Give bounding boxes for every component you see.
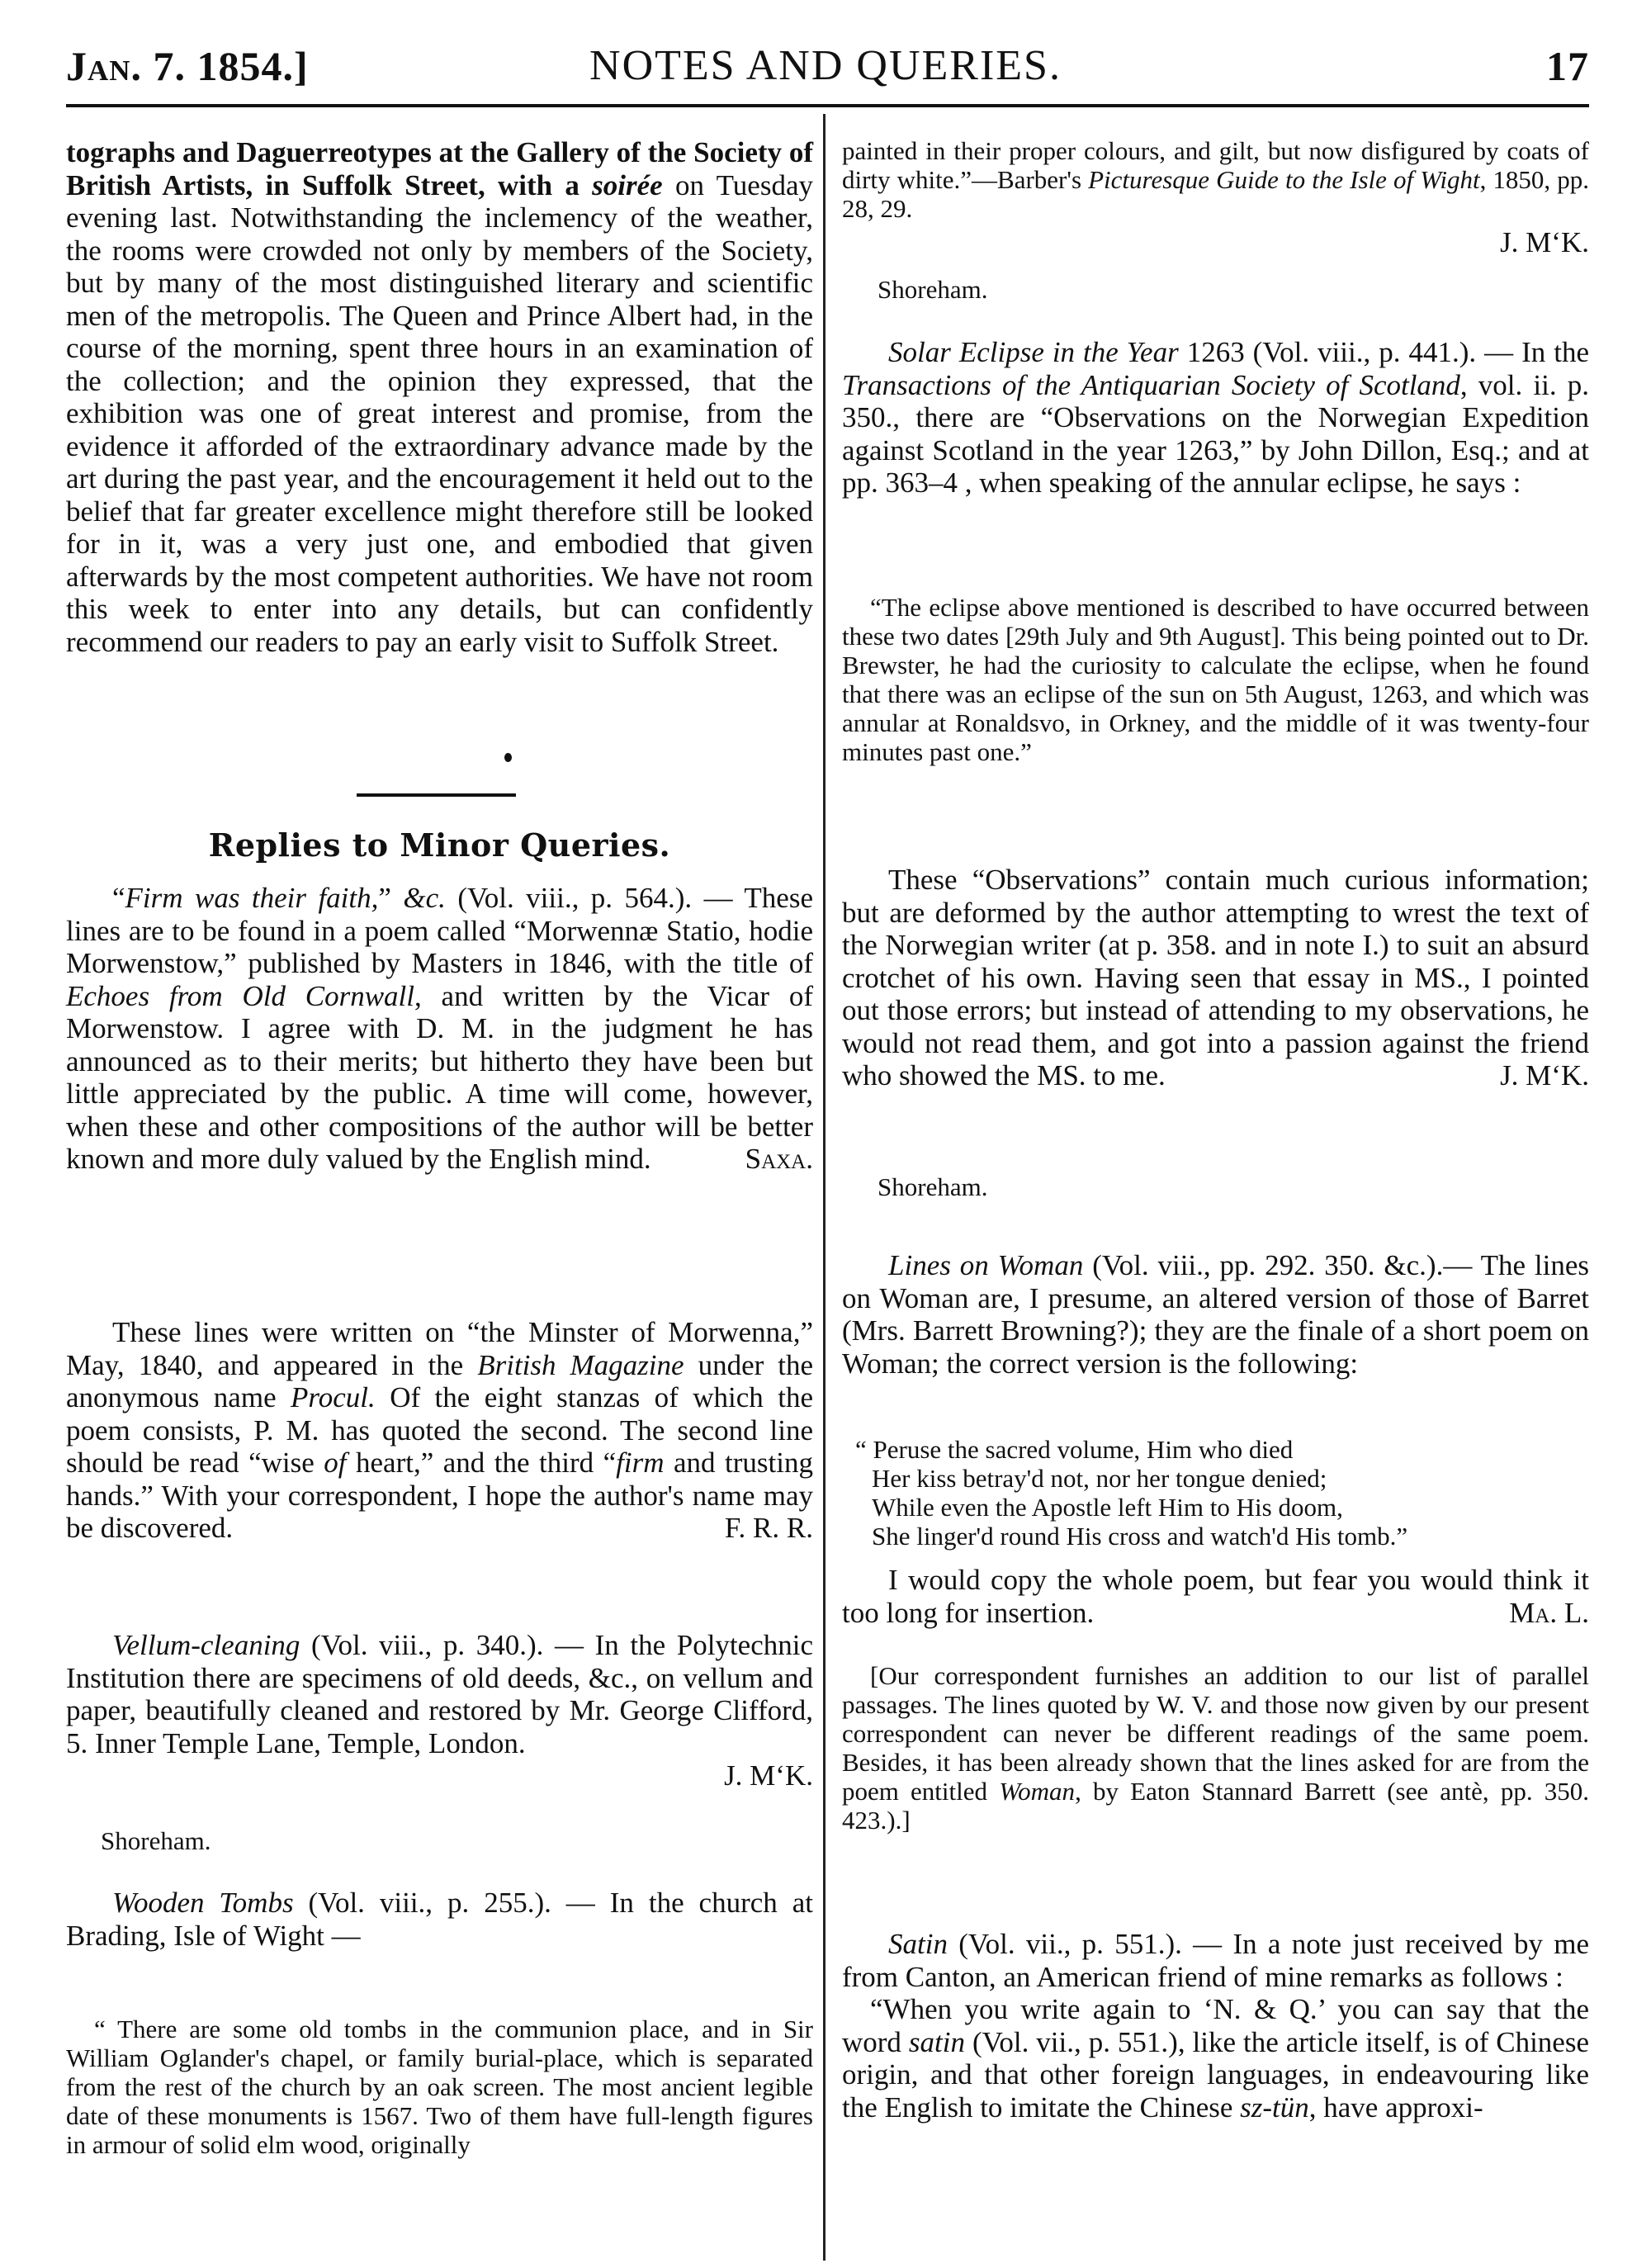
quote-text: , have approxi- [1309, 2091, 1483, 2124]
header-rule [66, 104, 1589, 107]
wooden-tombs-quote: “ There are some old tombs in the commun… [66, 2015, 813, 2159]
emphasis: firm [616, 1447, 664, 1479]
entry-firm-was-their-faith: “Firm was their faith,” &c. (Vol. viii.,… [66, 882, 813, 1176]
entry-title: Vellum-cleaning [112, 1629, 300, 1661]
quote-mark: “ [112, 882, 125, 914]
entry-text: These “Observations” contain much curiou… [842, 864, 1589, 1091]
publication-title: NOTES AND QUERIES. [0, 43, 1651, 89]
chinese-word: sz-tün [1240, 2091, 1309, 2124]
signature: Saxa. [699, 1143, 813, 1176]
magazine-title: British Magazine [477, 1349, 684, 1381]
section-rule [357, 793, 516, 797]
emphasis: satin [909, 2026, 965, 2058]
entry-title: Lines on Woman [888, 1249, 1083, 1281]
entry-title: Firm was their faith, [125, 882, 379, 914]
signature: Ma. L. [1463, 1597, 1589, 1630]
signature: J. M‘K. [1454, 1059, 1589, 1092]
entry-title: Solar Eclipse in the Year [888, 336, 1179, 368]
intro-paragraph: tographs and Daguerreotypes at the Galle… [66, 136, 813, 658]
section-heading: Replies to Minor Queries. [66, 827, 813, 864]
entry-vellum-cleaning: Vellum-cleaning (Vol. viii., p. 340.). —… [66, 1629, 813, 1792]
entry-minster-of-morwenna: These lines were written on “the Minster… [66, 1316, 813, 1545]
soiree-word: soirée [592, 169, 663, 201]
entry-wooden-tombs: Wooden Tombs (Vol. viii., p. 255.). — In… [66, 1887, 813, 1952]
ornament-dot [504, 753, 512, 762]
entry-satin: Satin (Vol. vii., p. 551.). — In a note … [842, 1928, 1589, 2124]
book-title: Picturesque Guide to the Isle of Wight [1088, 165, 1479, 194]
signature: J. M‘K. [66, 1759, 813, 1792]
poem-line: While even the Apostle left Him to His d… [855, 1493, 1407, 1522]
place-name: Shoreham. [878, 1172, 987, 1202]
column-divider [823, 114, 825, 2261]
entry-lines-on-woman: Lines on Woman (Vol. viii., pp. 292. 350… [842, 1249, 1589, 1380]
eclipse-quote: “The eclipse above mentioned is describe… [842, 593, 1589, 766]
entry-title: Wooden Tombs [112, 1887, 294, 1919]
poem-line: “ Peruse the sacred volume, Him who died [855, 1435, 1407, 1464]
continuation-paragraph: painted in their proper colours, and gil… [842, 136, 1589, 263]
quote-text: “The eclipse above mentioned is describe… [842, 593, 1589, 766]
book-title: Echoes from Old Cornwall [66, 980, 414, 1012]
page-number: 17 [1546, 43, 1589, 89]
editor-note: [Our correspondent furnishes an addition… [842, 1661, 1589, 1835]
eclipse-comment: These “Observations” contain much curiou… [842, 864, 1589, 1092]
lines-on-woman-closing: I would copy the whole poem, but fear yo… [842, 1564, 1589, 1629]
journal-title: Transactions of the Antiquarian Society … [842, 369, 1460, 401]
quote-mark: ” [378, 882, 403, 914]
emphasis: of [324, 1447, 346, 1479]
entry-text: heart,” and the third “ [347, 1447, 617, 1479]
entry-title: Satin [888, 1928, 948, 1960]
place-name: Shoreham. [878, 275, 987, 305]
signature: J. M‘K. [842, 223, 1589, 263]
entry-ref: 1263 (Vol. viii., p. 441.). — In the [1179, 336, 1589, 368]
quote-text: “ There are some old tombs in the commun… [66, 2015, 813, 2159]
poem-line: She linger'd round His cross and watch'd… [855, 1522, 1407, 1551]
signature: F. R. R. [679, 1512, 813, 1545]
intro-text: on Tuesday evening last. Notwithstanding… [66, 169, 813, 658]
entry-solar-eclipse: Solar Eclipse in the Year 1263 (Vol. vii… [842, 336, 1589, 500]
poem-line: Her kiss betray'd not, nor her tongue de… [855, 1464, 1407, 1493]
pseudonym: Procul. [291, 1381, 376, 1413]
place-name: Shoreham. [101, 1826, 211, 1856]
entry-text: (Vol. vii., p. 551.). — In a note just r… [842, 1928, 1589, 1993]
poem-title: Woman [999, 1777, 1075, 1806]
poem-quote: “ Peruse the sacred volume, Him who died… [855, 1435, 1407, 1551]
etc: &c. [403, 882, 446, 914]
